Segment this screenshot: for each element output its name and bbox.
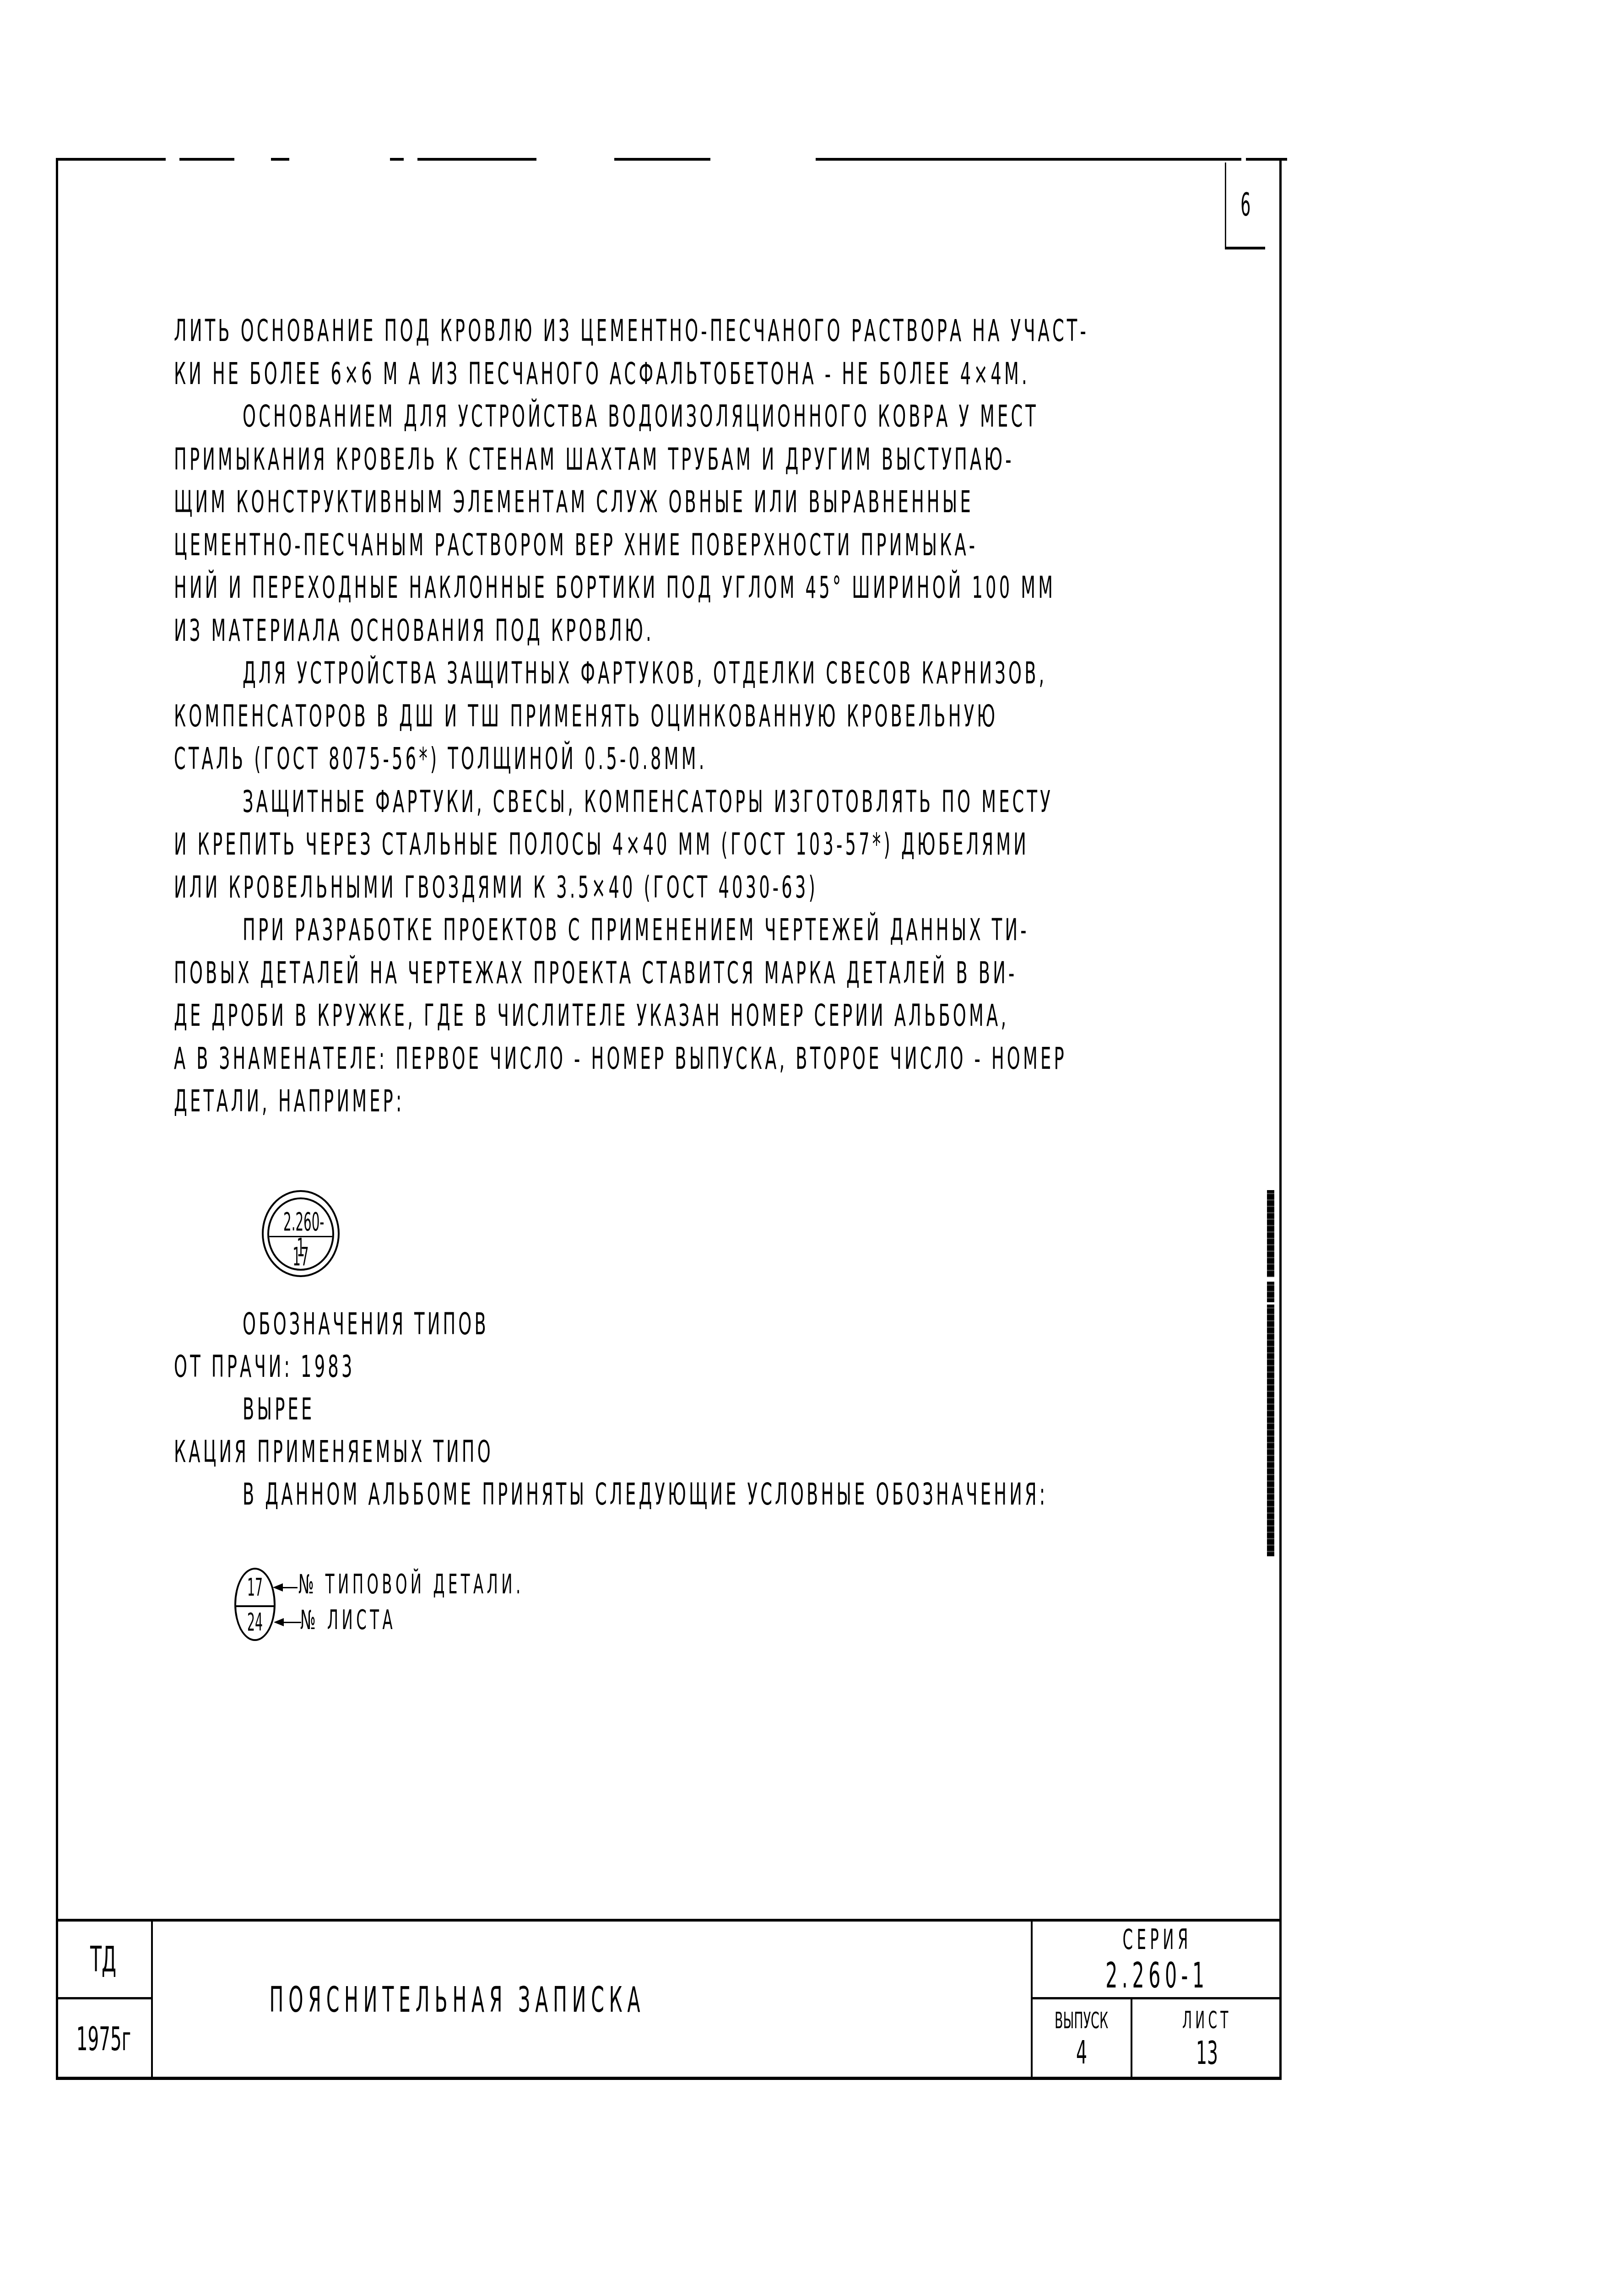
legend-detail-number-label: № ТИПОВОЙ ДЕТАЛИ. (298, 1571, 524, 1597)
sheet-number: 6 (1240, 186, 1250, 223)
text-line: ДЛЯ УСТРОЙСТВА ЗАЩИТНЫХ ФАРТУКОВ, ОТДЕЛК… (243, 658, 1047, 688)
issue-cell: ВЫПУСК 4 (1031, 1999, 1132, 2078)
issue-label: ВЫПУСК (1055, 2009, 1108, 2032)
legend-sheet-number-label: № ЛИСТА (300, 1607, 396, 1633)
legend-mark-top: 17 (244, 1575, 265, 1600)
text-line: ИЗ МАТЕРИАЛА ОСНОВАНИЯ ПОД КРОВЛЮ. (174, 616, 654, 646)
document-title-cell: ПОЯСНИТЕЛЬНАЯ ЗАПИСКА (153, 1922, 1082, 2078)
text-line: КОМПЕНСАТОРОВ В ДШ И ТШ ПРИМЕНЯТЬ ОЦИНКО… (174, 701, 998, 731)
legend-mark-divider (236, 1605, 274, 1607)
issue-value: 4 (1076, 2036, 1087, 2068)
text-line: ДЕТАЛИ, НАПРИМЕР: (174, 1086, 405, 1116)
org-cell: ТД (56, 1922, 153, 1999)
mark-denominator: 17 (283, 1244, 318, 1270)
text-line: ВЫРЕЕ (243, 1394, 314, 1424)
scan-artifact (1267, 1190, 1274, 1277)
text-line: ОСНОВАНИЕМ ДЛЯ УСТРОЙСТВА ВОДОИЗОЛЯЦИОНН… (243, 401, 1039, 432)
title-block: ТД 1975г ПОЯСНИТЕЛЬНАЯ ЗАПИСКА СЕРИЯ 2.2… (56, 1919, 1282, 2078)
sheet-number-box: 6 (1225, 162, 1265, 249)
series-cell: СЕРИЯ 2.260-1 (1031, 1922, 1282, 1999)
text-line: ИЛИ КРОВЕЛЬНЫМИ ГВОЗДЯМИ К 3.5×40 (ГОСТ … (174, 872, 818, 903)
scan-artifact (1267, 1305, 1274, 1556)
text-line: НИЙ И ПЕРЕХОДНЫЕ НАКЛОННЫЕ БОРТИКИ ПОД У… (174, 573, 1056, 603)
text-line: ПОВЫХ ДЕТАЛЕЙ НА ЧЕРТЕЖАХ ПРОЕКТА СТАВИТ… (174, 958, 1018, 988)
arrow-left-icon (276, 1622, 301, 1623)
scan-artifact (1267, 1282, 1274, 1302)
text-line: СТАЛЬ (ГОСТ 8075-56*) ТОЛЩИНОЙ 0.5-0.8ММ… (174, 744, 707, 774)
text-line: КАЦИЯ ПРИМЕНЯЕМЫХ ТИПО (174, 1437, 493, 1467)
year-cell: 1975г (56, 1999, 153, 2078)
text-line: И КРЕПИТЬ ЧЕРЕЗ СТАЛЬНЫЕ ПОЛОСЫ 4×40 ММ … (174, 829, 1029, 860)
text-line: КИ НЕ БОЛЕЕ 6×6 М А ИЗ ПЕСЧАНОГО АСФАЛЬТ… (174, 359, 1030, 389)
text-line: А В ЗНАМЕНАТЕЛЕ: ПЕРВОЕ ЧИСЛО - НОМЕР ВЫ… (174, 1044, 1067, 1074)
legend-mark: 17 24 (234, 1568, 276, 1641)
arrow-left-icon (275, 1587, 298, 1588)
text-line: ЦЕМЕНТНО-ПЕСЧАНЫМ РАСТВОРОМ ВЕР ХНИЕ ПОВ… (174, 530, 978, 560)
text-line: ПРИ РАЗРАБОТКЕ ПРОЕКТОВ С ПРИМЕНЕНИЕМ ЧЕ… (243, 915, 1029, 945)
mark-inner-circle: 2.260-1 17 (267, 1197, 334, 1271)
detail-mark-example: 2.260-1 17 (262, 1190, 340, 1282)
text-line: В ДАННОМ АЛЬБОМЕ ПРИНЯТЫ СЛЕДУЮЩИЕ УСЛОВ… (243, 1479, 1048, 1510)
sheet-value: 13 (1196, 2037, 1218, 2069)
year: 1975г (76, 2022, 130, 2055)
document-title: ПОЯСНИТЕЛЬНАЯ ЗАПИСКА (270, 1982, 645, 2017)
text-line: ЩИМ КОНСТРУКТИВНЫМ ЭЛЕМЕНТАМ СЛУЖ ОВНЫЕ … (174, 487, 974, 517)
text-line: ПРИМЫКАНИЯ КРОВЕЛЬ К СТЕНАМ ШАХТАМ ТРУБА… (174, 444, 1014, 475)
text-line: ЛИТЬ ОСНОВАНИЕ ПОД КРОВЛЮ ИЗ ЦЕМЕНТНО-ПЕ… (174, 316, 1089, 346)
org-code: ТД (90, 1942, 116, 1977)
sheet-cell: ЛИСТ 13 (1132, 1999, 1282, 2078)
sheet-label: ЛИСТ (1182, 2009, 1232, 2032)
text-line: ОБОЗНАЧЕНИЯ ТИПОВ (243, 1309, 489, 1339)
text-line: ОТ ПРАЧИ: 1983 (174, 1352, 355, 1382)
legend-mark-bottom: 24 (244, 1610, 265, 1635)
series-value: 2.260-1 (1105, 1958, 1209, 1993)
text-line: ЗАЩИТНЫЕ ФАРТУКИ, СВЕСЫ, КОМПЕНСАТОРЫ ИЗ… (243, 787, 1053, 817)
series-label: СЕРИЯ (1122, 1926, 1191, 1954)
mark-fraction-line (269, 1236, 332, 1237)
text-line: ДЕ ДРОБИ В КРУЖКЕ, ГДЕ В ЧИСЛИТЕЛЕ УКАЗА… (174, 1001, 1009, 1031)
